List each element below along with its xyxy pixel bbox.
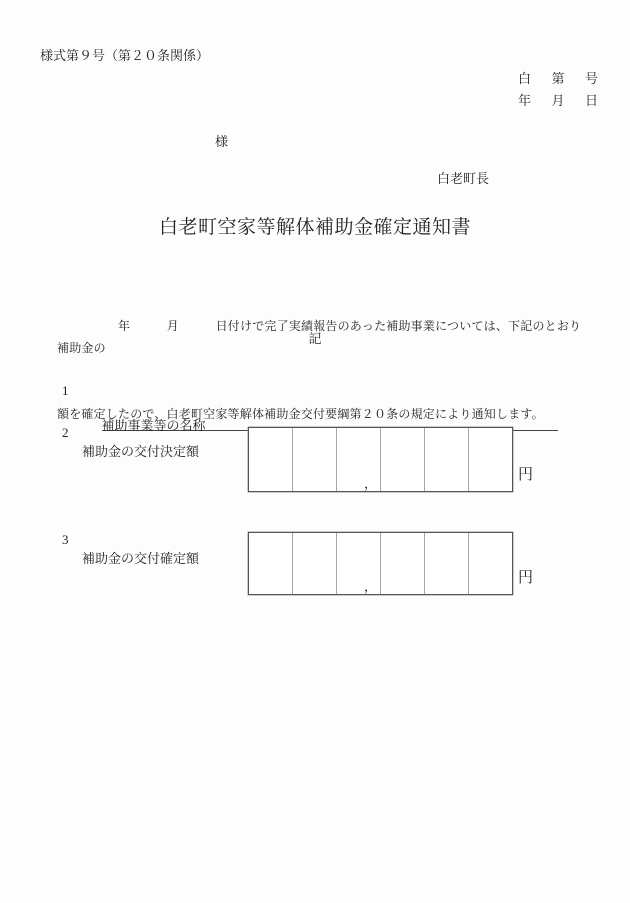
confirmed-amount-table: ， [248,532,513,595]
decision-amount-table: ， [248,427,513,492]
doc-number-prefix: 白 [518,68,531,87]
doc-number-dai-label: 第 [551,68,564,87]
yen-unit-label: 円 [518,463,533,484]
amount-digit-cell [469,428,512,491]
doc-number-go-label: 号 [585,68,598,87]
year-label: 年 [518,90,531,109]
item-2-row: 2 補助金の交付決定額 [0,409,13,473]
amount-digit-cell [425,533,469,594]
notice-document-page: 様式第９号（第２０条関係） 白 第 号 年 月 日 様 白老町長 白老町空家等解… [0,0,630,903]
date-line: 年 月 日 [518,90,598,109]
amount-digit-cell [249,533,293,594]
amount-digit-cell [293,428,337,491]
amount-digit-cell [249,428,293,491]
thousands-comma: ， [364,477,377,490]
doc-number-line: 白 第 号 [518,68,598,87]
thousands-comma: ， [364,580,377,593]
item-3-row: 3 補助金の交付確定額 [0,516,13,580]
amount-digit-cell [469,533,512,594]
amount-digit-cell [425,428,469,491]
item-3-label: 補助金の交付確定額 [82,548,199,567]
item-2-number: 2 [62,425,69,441]
amount-digit-cell [381,533,425,594]
amount-digit-cell [293,533,337,594]
item-3-number: 3 [62,532,69,548]
amount-digit-cell [381,428,425,491]
record-marker: 記 [0,328,630,347]
day-label: 日 [585,90,598,109]
month-label: 月 [551,90,564,109]
item-2-label: 補助金の交付決定額 [82,441,199,460]
yen-unit-label: 円 [518,566,533,587]
form-number: 様式第９号（第２０条関係） [40,45,209,64]
sender-title: 白老町長 [437,168,489,187]
addressee-honorific: 様 [215,131,228,150]
item-1-label: 補助事業等の名称 [102,418,206,433]
item-1-number: 1 [62,383,69,399]
document-title: 白老町空家等解体補助金確定通知書 [0,212,630,239]
